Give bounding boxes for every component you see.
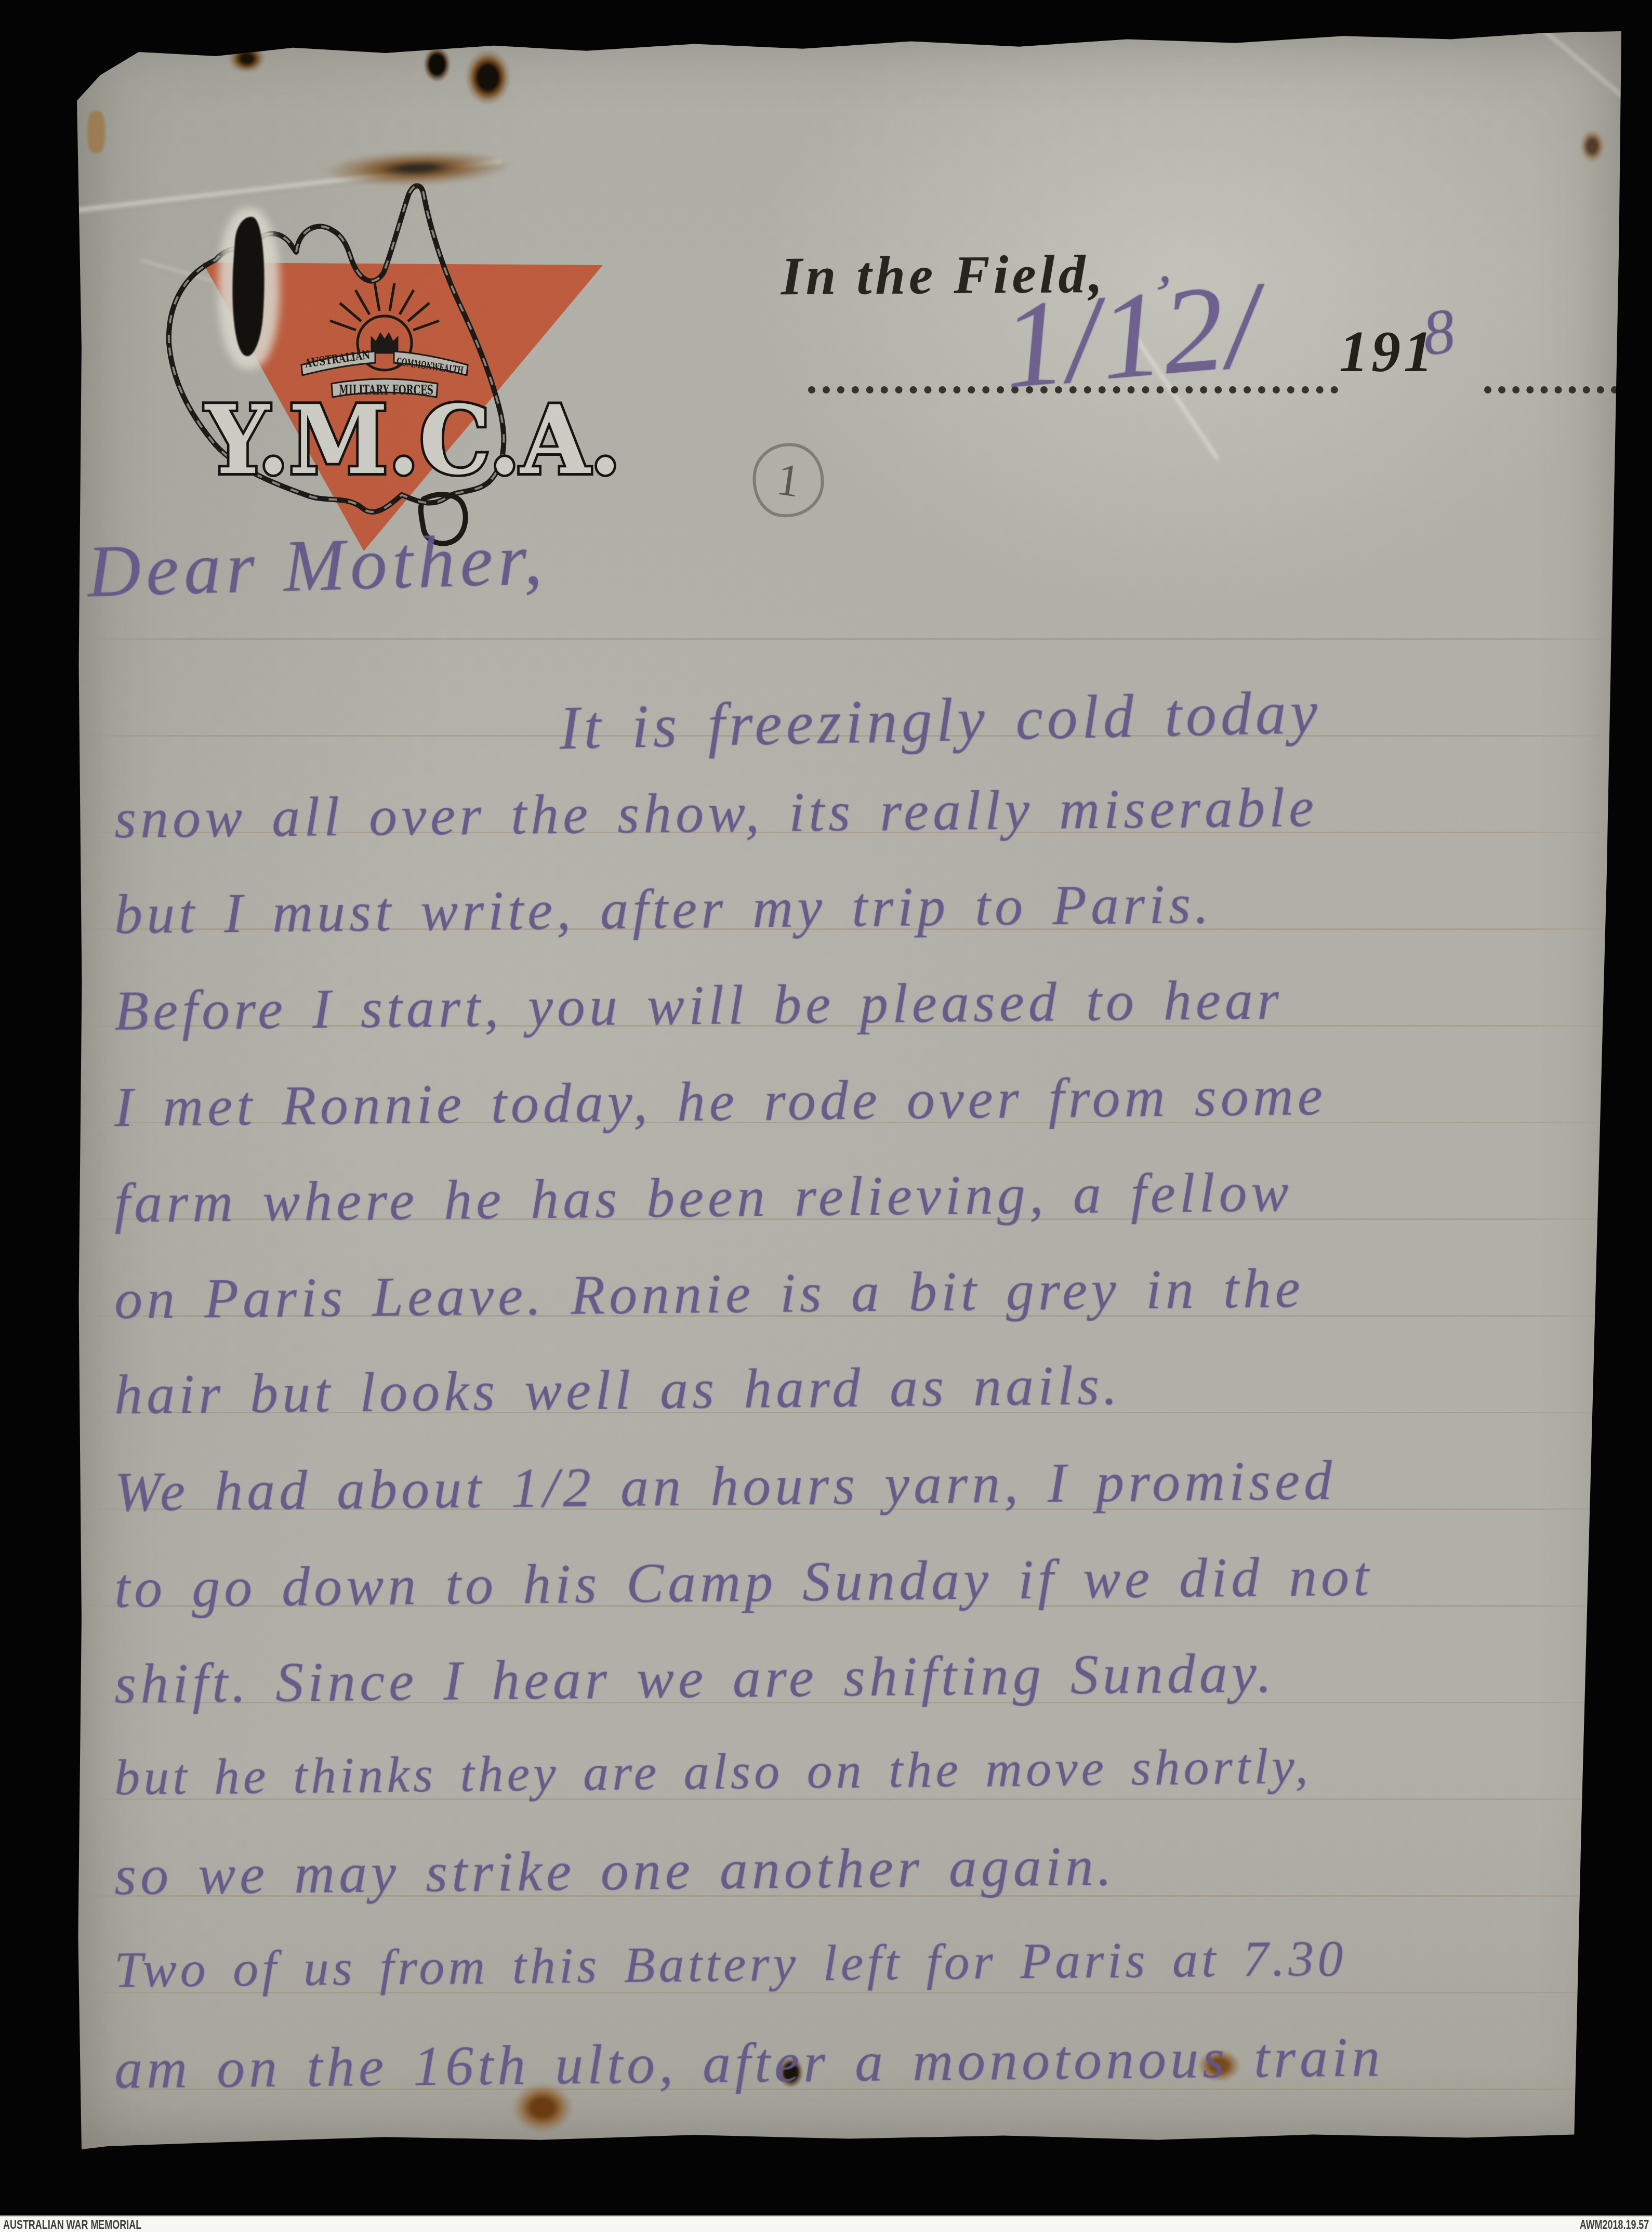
letter-line: Two of us from this Battery left for Par… (114, 1929, 1347, 2000)
printed-year: 191 (1339, 319, 1436, 386)
paper-crease (1499, 0, 1652, 142)
letter-line: farm where he has been relieving, a fell… (114, 1160, 1293, 1236)
letter-line: Before I start, you will be pleased to h… (114, 968, 1283, 1044)
letter-line: to go down to his Camp Sunday if we did … (114, 1544, 1373, 1621)
edge-stain (1580, 130, 1604, 162)
letter-line: shift. Since I hear we are shifting Sund… (114, 1641, 1276, 1716)
date-dotted-rule (1484, 386, 1618, 393)
edge-stain (87, 111, 105, 153)
letter-line: snow all over the show, its really miser… (114, 776, 1318, 851)
page-number: 1 (773, 453, 803, 508)
archive-accession-number: AWM2018.19.57 (1579, 2218, 1649, 2232)
letter-line: but I must write, after my trip to Paris… (114, 872, 1213, 947)
letter-line: We had about 1/2 an hours yarn, I promis… (114, 1449, 1336, 1525)
letter-paper: AUSTRALIAN COMMONWEALTH MILITARY FORCES … (77, 29, 1621, 2149)
handwritten-date: 1/12/ (997, 254, 1266, 417)
salutation: Dear Mother, (86, 516, 548, 614)
archive-footer: AUSTRALIAN WAR MEMORIAL AWM2018.19.57 (0, 2215, 1652, 2232)
burn-stain (229, 44, 265, 73)
letter-line: am on the 16th ulto, after a monotonous … (114, 2025, 1384, 2102)
archive-institution-label: AUSTRALIAN WAR MEMORIAL (3, 2218, 141, 2232)
burn-hole (424, 47, 451, 82)
letter-line: on Paris Leave. Ronnie is a bit grey in … (114, 1256, 1304, 1332)
scanned-letter-page: AUSTRALIAN COMMONWEALTH MILITARY FORCES … (0, 0, 1652, 2232)
burn-hole (465, 49, 511, 106)
letter-line: but he thinks they are also on the move … (114, 1737, 1312, 1807)
letter-line: It is freezingly cold today (559, 677, 1323, 764)
ymca-wordmark: Y.M.C.A. (204, 384, 621, 495)
page-number-circle: 1 (748, 438, 829, 522)
ymca-australia-logo-icon: AUSTRALIAN COMMONWEALTH MILITARY FORCES … (140, 172, 629, 567)
letter-line: I met Ronnie today, he rode over from so… (114, 1064, 1327, 1140)
letter-line: hair but looks well as hard as nails. (114, 1354, 1121, 1428)
letter-line: so we may strike one another again. (114, 1834, 1116, 1908)
